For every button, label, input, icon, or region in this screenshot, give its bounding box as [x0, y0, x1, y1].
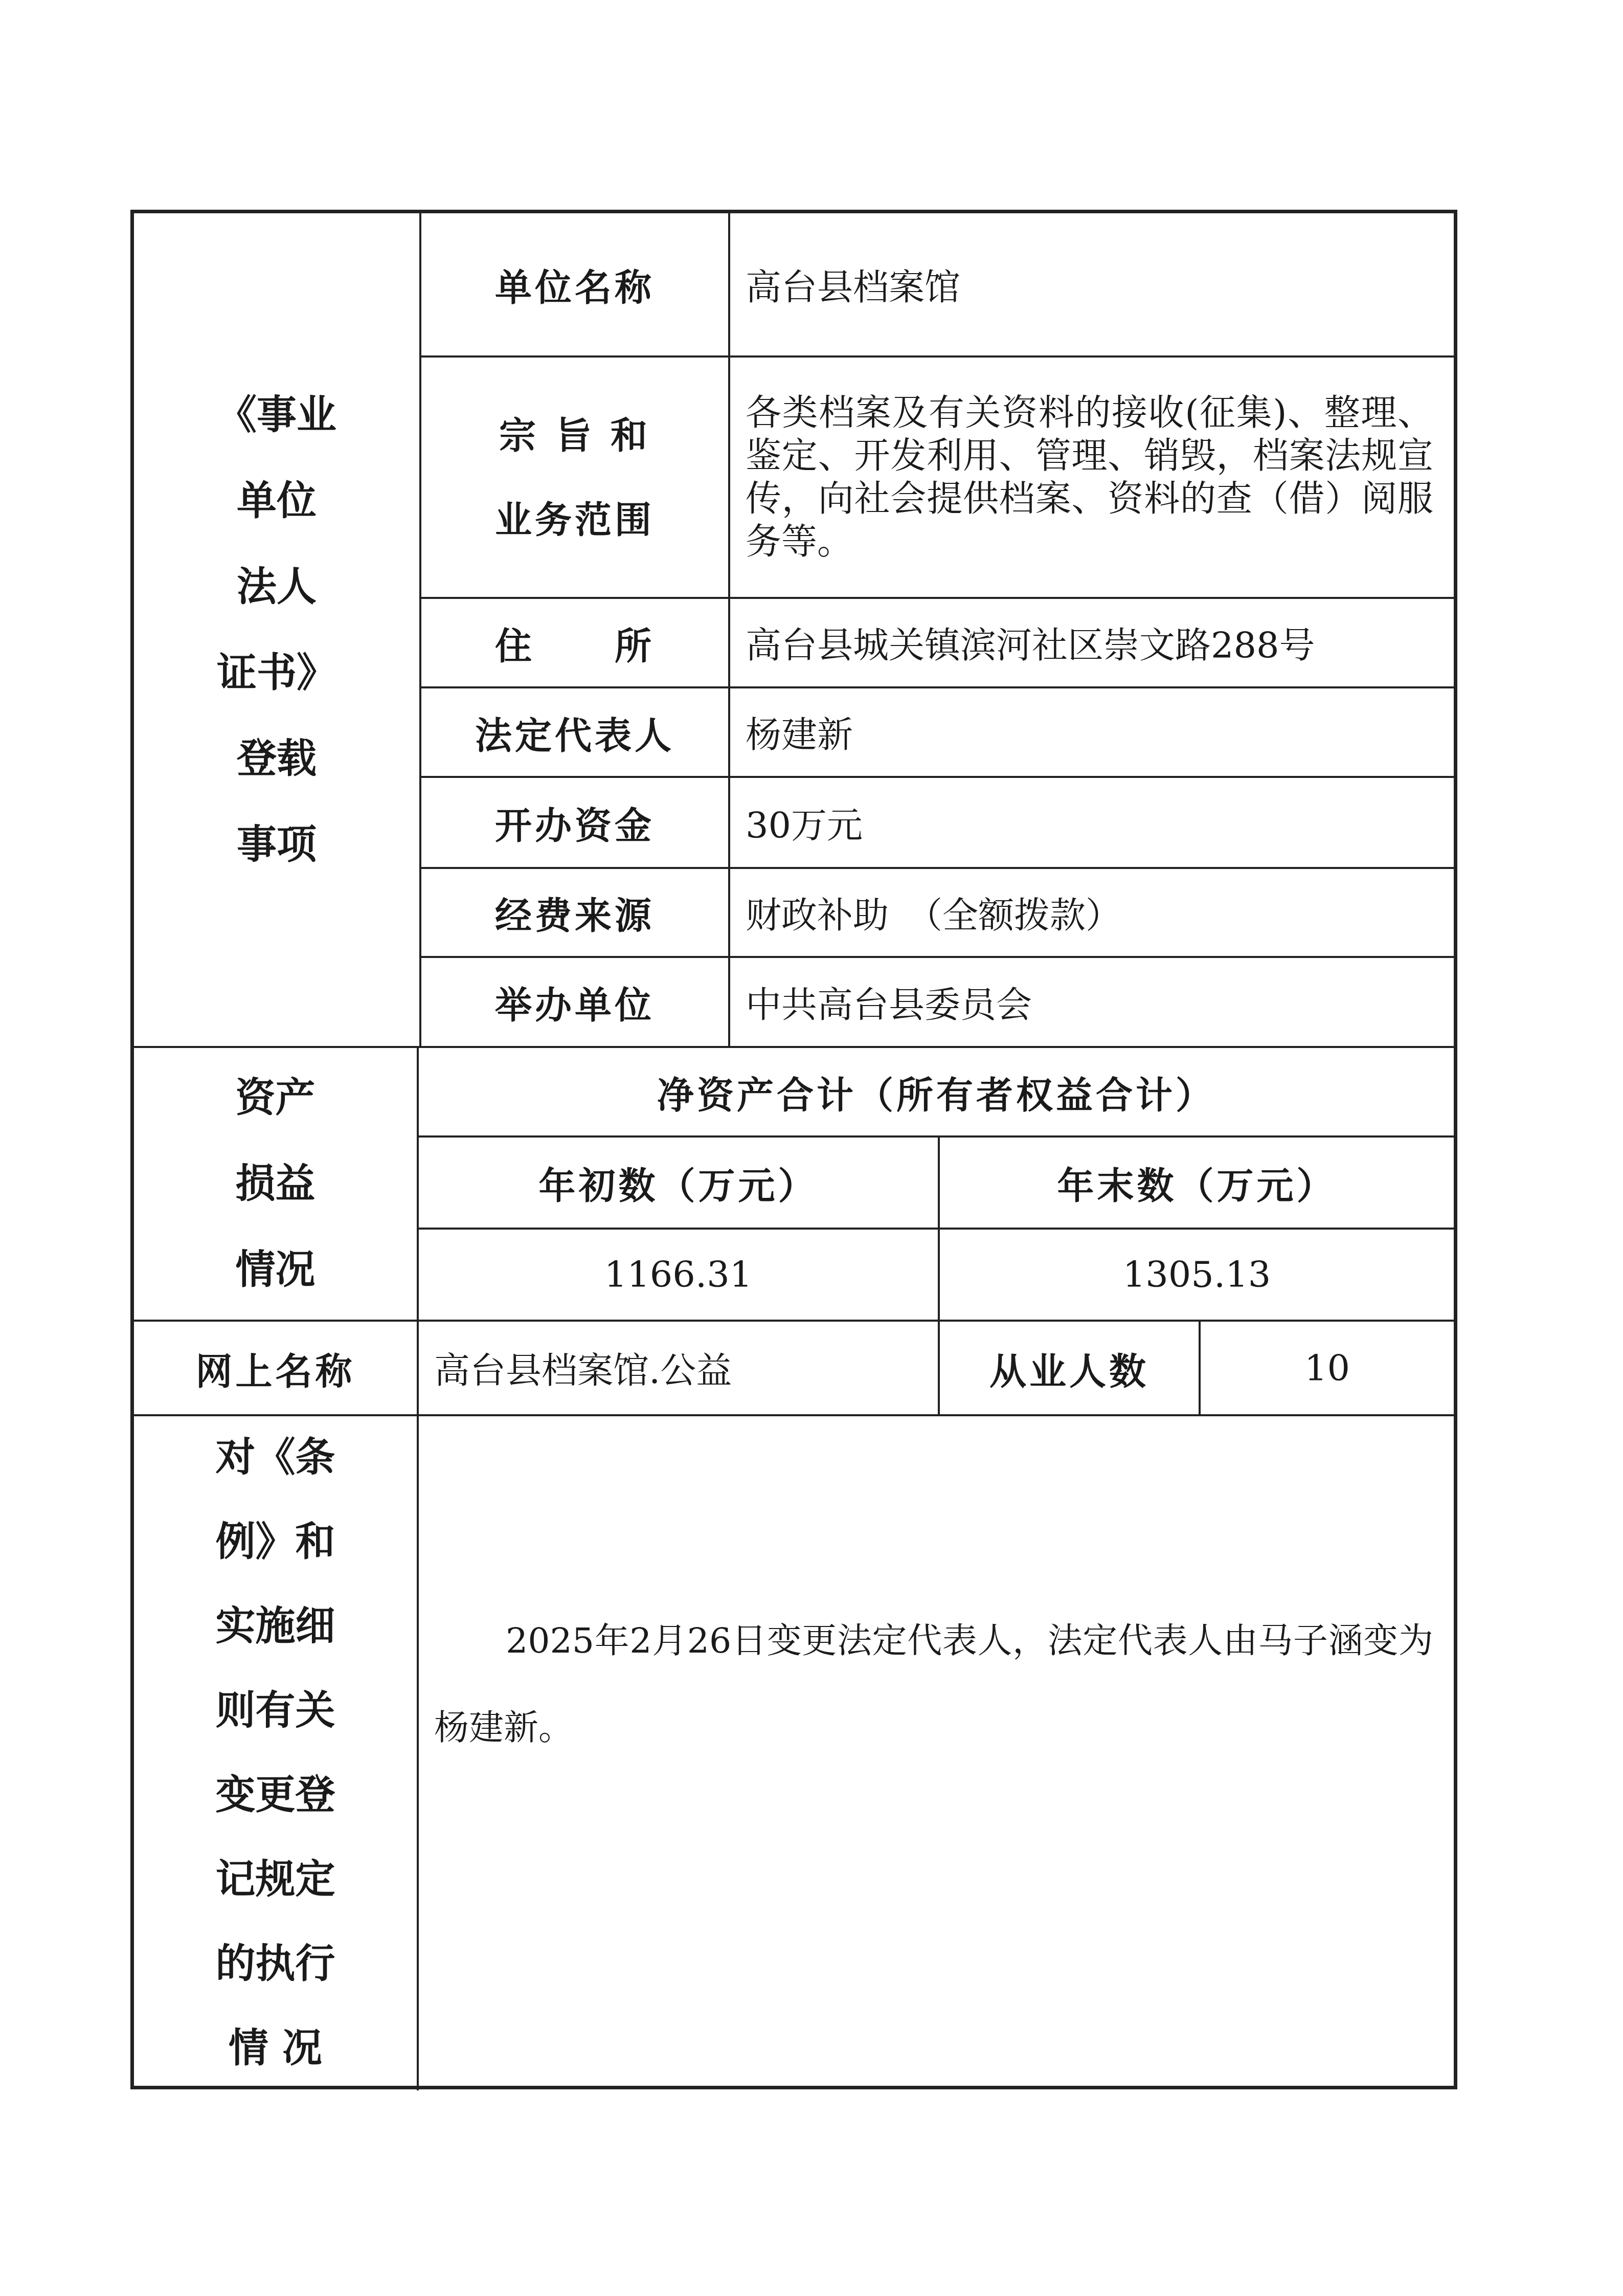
changes-content: 2025年2月26日变更法定代表人，法定代表人由马子涵变为杨建新。: [419, 1416, 1454, 2089]
label-line: 《事业: [217, 372, 336, 458]
label-line: 情况: [235, 1227, 315, 1313]
label-line: 例》和: [215, 1500, 335, 1584]
capital-value: 30万元: [730, 778, 1454, 867]
registration-table: 《事业 单位 法人 证书》 登载 事项 单位名称 高台县档案馆 宗 旨 和 业务…: [130, 210, 1457, 2089]
funding-source-label: 经费来源: [421, 869, 728, 956]
label-line: 情 况: [229, 2006, 322, 2090]
label-line: 登载: [237, 716, 317, 802]
label-line: 实施细: [215, 1584, 335, 1668]
label-line: 证书》: [217, 630, 336, 716]
label-line: 资产: [235, 1055, 315, 1141]
label-line: 对《条: [215, 1415, 335, 1500]
label-line: 损益: [235, 1141, 315, 1227]
registration-section-label: 《事业 单位 法人 证书》 登载 事项: [134, 213, 419, 1047]
changes-text: 2025年2月26日变更法定代表人，法定代表人由马子涵变为杨建新。: [419, 1598, 1454, 1772]
online-name-label: 网上名称: [134, 1322, 417, 1414]
year-start-header: 年初数（万元）: [419, 1138, 938, 1228]
online-name-value: 高台县档案馆.公益: [419, 1322, 938, 1414]
label-line: 单位: [237, 458, 317, 544]
unit-name-label: 单位名称: [421, 213, 728, 355]
year-end-value: 1305.13: [940, 1230, 1454, 1320]
staff-count-value: 10: [1201, 1322, 1454, 1414]
unit-name-value: 高台县档案馆: [730, 213, 1454, 355]
address-label: 住 所: [421, 599, 728, 686]
label-line: 变更登: [215, 1753, 335, 1837]
legal-rep-label: 法定代表人: [421, 688, 728, 776]
changes-section-label: 对《条 例》和 实施细 则有关 变更登 记规定 的执行 情 况: [134, 1416, 417, 2089]
address-value: 高台县城关镇滨河社区崇文路288号: [730, 599, 1454, 686]
net-assets-title: 净资产合计（所有者权益合计）: [419, 1048, 1454, 1135]
purpose-scope-value: 各类档案及有关资料的接收(征集)、整理、鉴定、开发利用、管理、销毁，档案法规宣传…: [730, 358, 1454, 597]
label-line: 事项: [237, 802, 317, 888]
capital-label: 开办资金: [421, 778, 728, 867]
purpose-scope-label: 宗 旨 和 业务范围: [421, 358, 728, 597]
label-line: 业务范围: [495, 477, 655, 562]
funding-source-value: 财政补助 （全额拨款）: [730, 869, 1454, 956]
label-line: 宗 旨 和: [499, 393, 650, 477]
assets-section-label: 资产 损益 情况: [134, 1048, 417, 1320]
document-page: 《事业 单位 法人 证书》 登载 事项 单位名称 高台县档案馆 宗 旨 和 业务…: [0, 0, 1623, 2296]
sponsor-value: 中共高台县委员会: [730, 958, 1454, 1046]
legal-rep-value: 杨建新: [730, 688, 1454, 776]
year-end-header: 年末数（万元）: [940, 1138, 1454, 1228]
label-line: 的执行: [215, 1922, 335, 2006]
year-start-value: 1166.31: [419, 1230, 938, 1320]
label-line: 则有关: [215, 1668, 335, 1753]
label-line: 记规定: [215, 1837, 335, 1922]
label-line: 法人: [237, 544, 317, 630]
sponsor-label: 举办单位: [421, 958, 728, 1046]
staff-count-label: 从业人数: [940, 1322, 1199, 1414]
